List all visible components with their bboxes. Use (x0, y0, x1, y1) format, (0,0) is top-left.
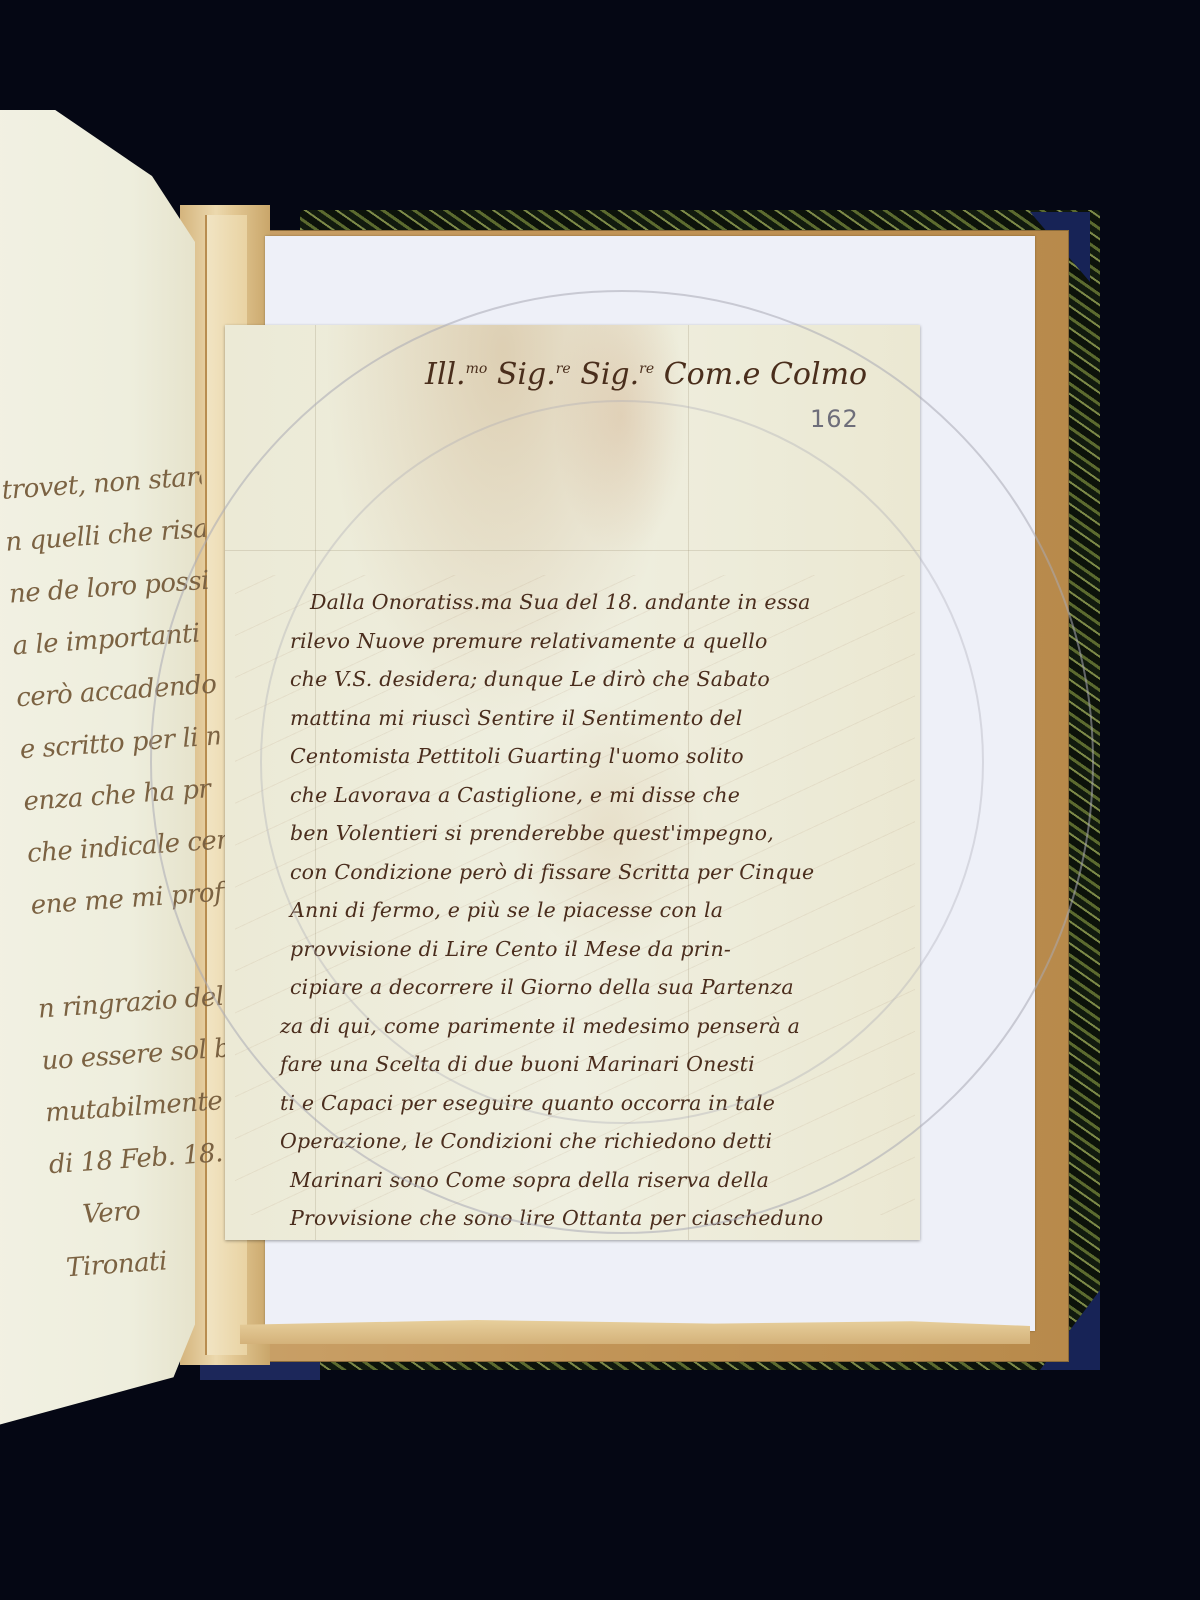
letter-line: che V.S. desidera; dunque Le dirò che Sa… (260, 660, 910, 699)
letter-line: Centomista Pettitoli Guarting l'uomo sol… (260, 737, 910, 776)
letter-line: fare una Scelta di due buoni Marinari On… (260, 1045, 910, 1084)
letter-line: ben Volentieri si prenderebbe quest'impe… (260, 814, 910, 853)
letter-line: che Lavorava a Castiglione, e mi disse c… (260, 776, 910, 815)
letter-line: con Condizione però di fissare Scritta p… (260, 853, 910, 892)
fold-crease (225, 550, 920, 551)
letter-line: za di qui, come parimente il medesimo pe… (260, 1007, 910, 1046)
letter-line: Anni di fermo, e più se le piacesse con … (260, 891, 910, 930)
salutation: Ill.mo Sig.re Sig.re Com.e Colmo (425, 357, 867, 392)
letter-line: rilevo Nuove premure relativamente a que… (260, 622, 910, 661)
letter-line: cipiare a decorrere il Giorno della sua … (260, 968, 910, 1007)
letter-line: ti e Capaci per eseguire quanto occorra … (260, 1084, 910, 1123)
letter-line: Dalla Onoratiss.ma Sua del 18. andante i… (260, 583, 910, 622)
letter-line: Operazione, le Condizioni che richiedono… (260, 1122, 910, 1161)
folio-number: 162 (810, 405, 859, 433)
letter-line: provvisione di Lire Cento il Mese da pri… (260, 930, 910, 969)
letter-line: mattina mi riuscì Sentire il Sentimento … (260, 699, 910, 738)
letter-line: Marinari sono Come sopra della riserva d… (260, 1161, 910, 1200)
letter-body: Dalla Onoratiss.ma Sua del 18. andante i… (260, 583, 910, 1238)
handwritten-letter: Ill.mo Sig.re Sig.re Com.e Colmo 162 Dal… (225, 325, 920, 1240)
torn-paper-strip (240, 1320, 1030, 1344)
letter-line: Provvisione che sono lire Ottanta per ci… (260, 1199, 910, 1238)
